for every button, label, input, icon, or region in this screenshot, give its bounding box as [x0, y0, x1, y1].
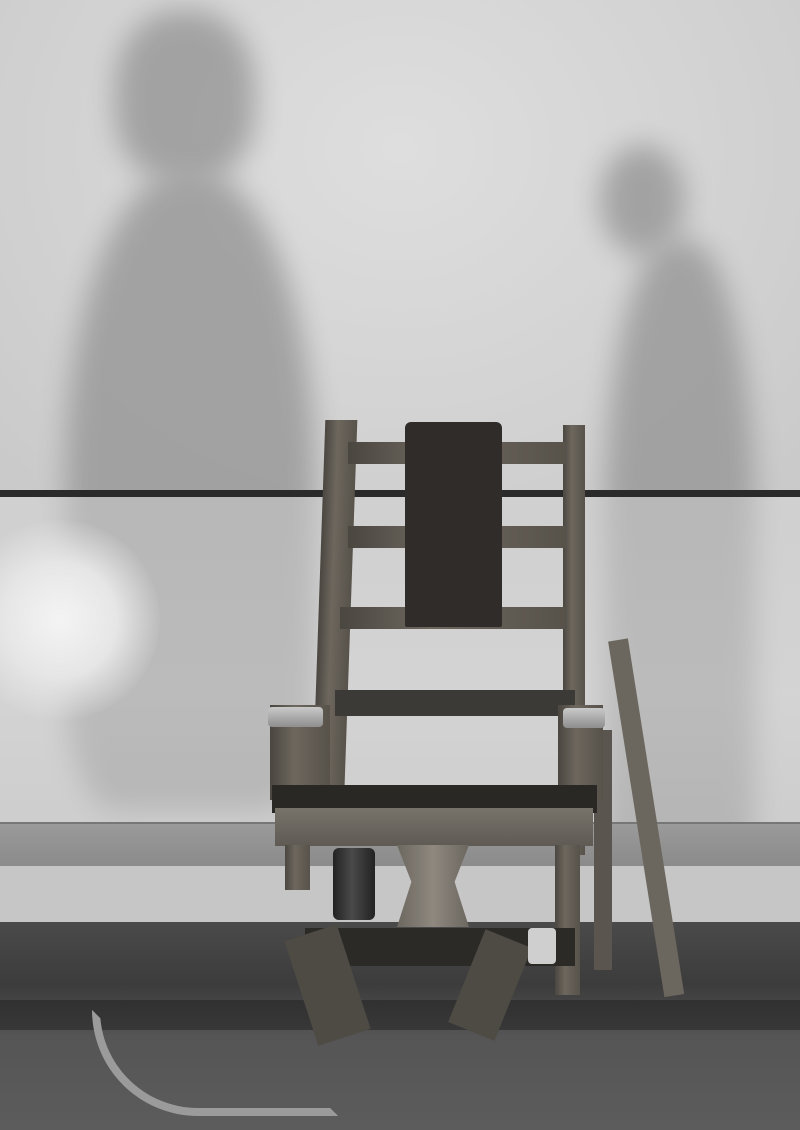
photograph: [0, 0, 800, 1130]
shadow-figure-right-head: [600, 145, 685, 255]
chair-back-pad: [405, 422, 502, 627]
metal-cuff: [563, 708, 605, 728]
electrode-canister: [333, 848, 375, 920]
chair-arm-rail: [335, 690, 575, 716]
chair-seat-front: [275, 808, 593, 846]
chair-leg: [285, 845, 310, 890]
metal-cuff: [268, 707, 323, 727]
wall-rail: [0, 490, 800, 497]
shadow-figure-left-head: [115, 10, 255, 180]
chair-leg: [555, 845, 580, 995]
strap-buckle: [528, 928, 556, 964]
floor-edge: [0, 866, 800, 926]
